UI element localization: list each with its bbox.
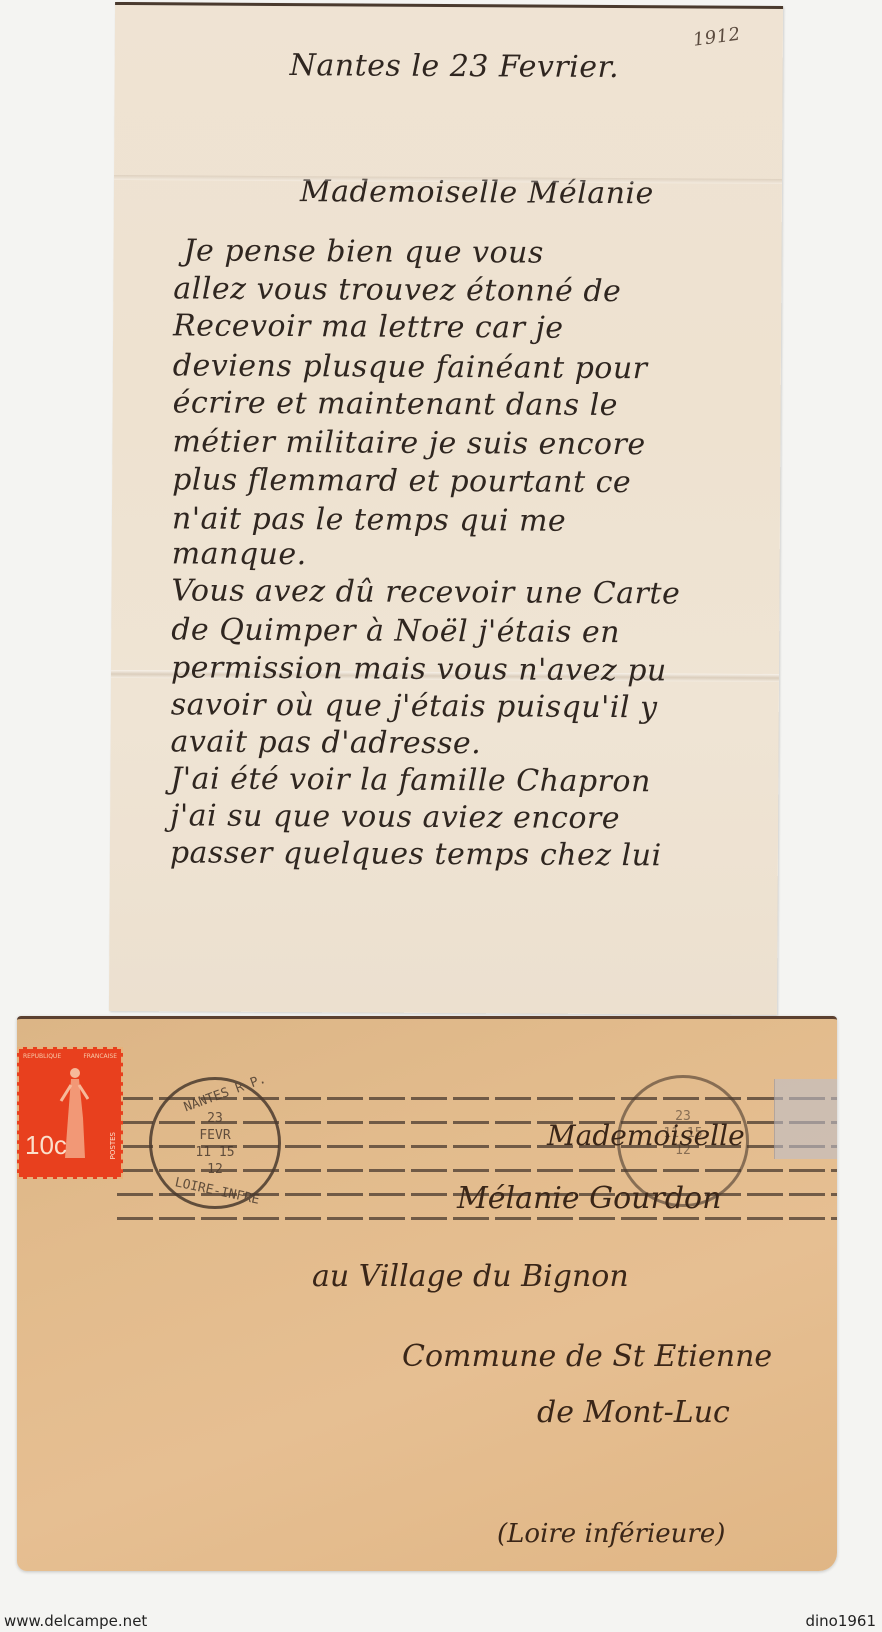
letter-salutation: Mademoiselle Mélanie — [300, 174, 654, 211]
letter-line: passer quelques temps chez lui — [170, 836, 662, 874]
postmark-day: 23 — [152, 1110, 278, 1127]
address-line: au Village du Bignon — [312, 1259, 629, 1294]
postmark-time: 11 15 — [152, 1144, 278, 1161]
envelope: REPUBLIQUE FRANCAISE 10c POSTES NANTES R… — [17, 1016, 837, 1571]
postage-stamp: REPUBLIQUE FRANCAISE 10c POSTES — [17, 1047, 123, 1179]
letter-line: allez vous trouvez étonné de — [173, 272, 621, 310]
letter-line: de Quimper à Noël j'étais en — [171, 612, 620, 650]
letter-date-line: Nantes le 23 Fevrier. — [290, 48, 620, 85]
stamp-header-left: REPUBLIQUE — [23, 1053, 61, 1060]
handwritten-letter: 1912 Nantes le 23 Fevrier. Mademoiselle … — [109, 2, 783, 1015]
letter-line: métier militaire je suis encore — [172, 424, 645, 462]
letter-line: savoir où que j'étais puisqu'il y — [171, 688, 658, 726]
letter-line: écrire et maintenant dans le — [173, 386, 619, 424]
address-line: Commune de St Etienne — [402, 1339, 772, 1374]
letter-line: manque. — [172, 537, 307, 573]
watermark-site: www.delcampe.net — [4, 1612, 147, 1630]
letter-line: Je pense bien que vous — [183, 233, 543, 270]
watermark-seller: dino1961 — [805, 1612, 876, 1630]
letter-line: Vous avez dû recevoir une Carte — [171, 574, 680, 612]
stamp-header-right: FRANCAISE — [83, 1053, 117, 1060]
letter-line: j'ai su que vous aviez encore — [170, 799, 620, 837]
stamp-side-text: POSTES — [109, 1132, 117, 1159]
postmark-month: FEVR — [152, 1127, 278, 1144]
address-line: (Loire inférieure) — [497, 1519, 725, 1549]
letter-body: Je pense bien que vousallez vous trouvez… — [115, 5, 783, 9]
letter-line: deviens plusque fainéant pour — [173, 348, 648, 386]
letter-line: permission mais vous n'avez pu — [171, 651, 667, 689]
address-line: de Mont-Luc — [537, 1395, 730, 1430]
letter-line: Recevoir ma lettre car je — [173, 309, 564, 346]
postmark-city: NANTES R.P. — [182, 1072, 268, 1116]
letter-line: J'ai été voir la famille Chapron — [170, 762, 651, 800]
address-line: Mademoiselle — [547, 1119, 745, 1152]
postmark-region: LOIRE-INFRE — [173, 1175, 260, 1208]
postmark-left: NANTES R.P. 23 FEVR 11 15 12 LOIRE-INFRE — [149, 1077, 281, 1209]
letter-line: n'ait pas le temps qui me — [172, 501, 567, 538]
address-line: Mélanie Gourdon — [457, 1181, 721, 1216]
letter-line: avait pas d'adresse. — [170, 725, 481, 762]
faded-stamp — [774, 1079, 837, 1159]
postmark-year: 12 — [152, 1161, 278, 1178]
letter-line: plus flemmard et pourtant ce — [172, 462, 631, 500]
stamp-value: 10c — [25, 1130, 67, 1161]
year-annotation: 1912 — [692, 24, 742, 51]
